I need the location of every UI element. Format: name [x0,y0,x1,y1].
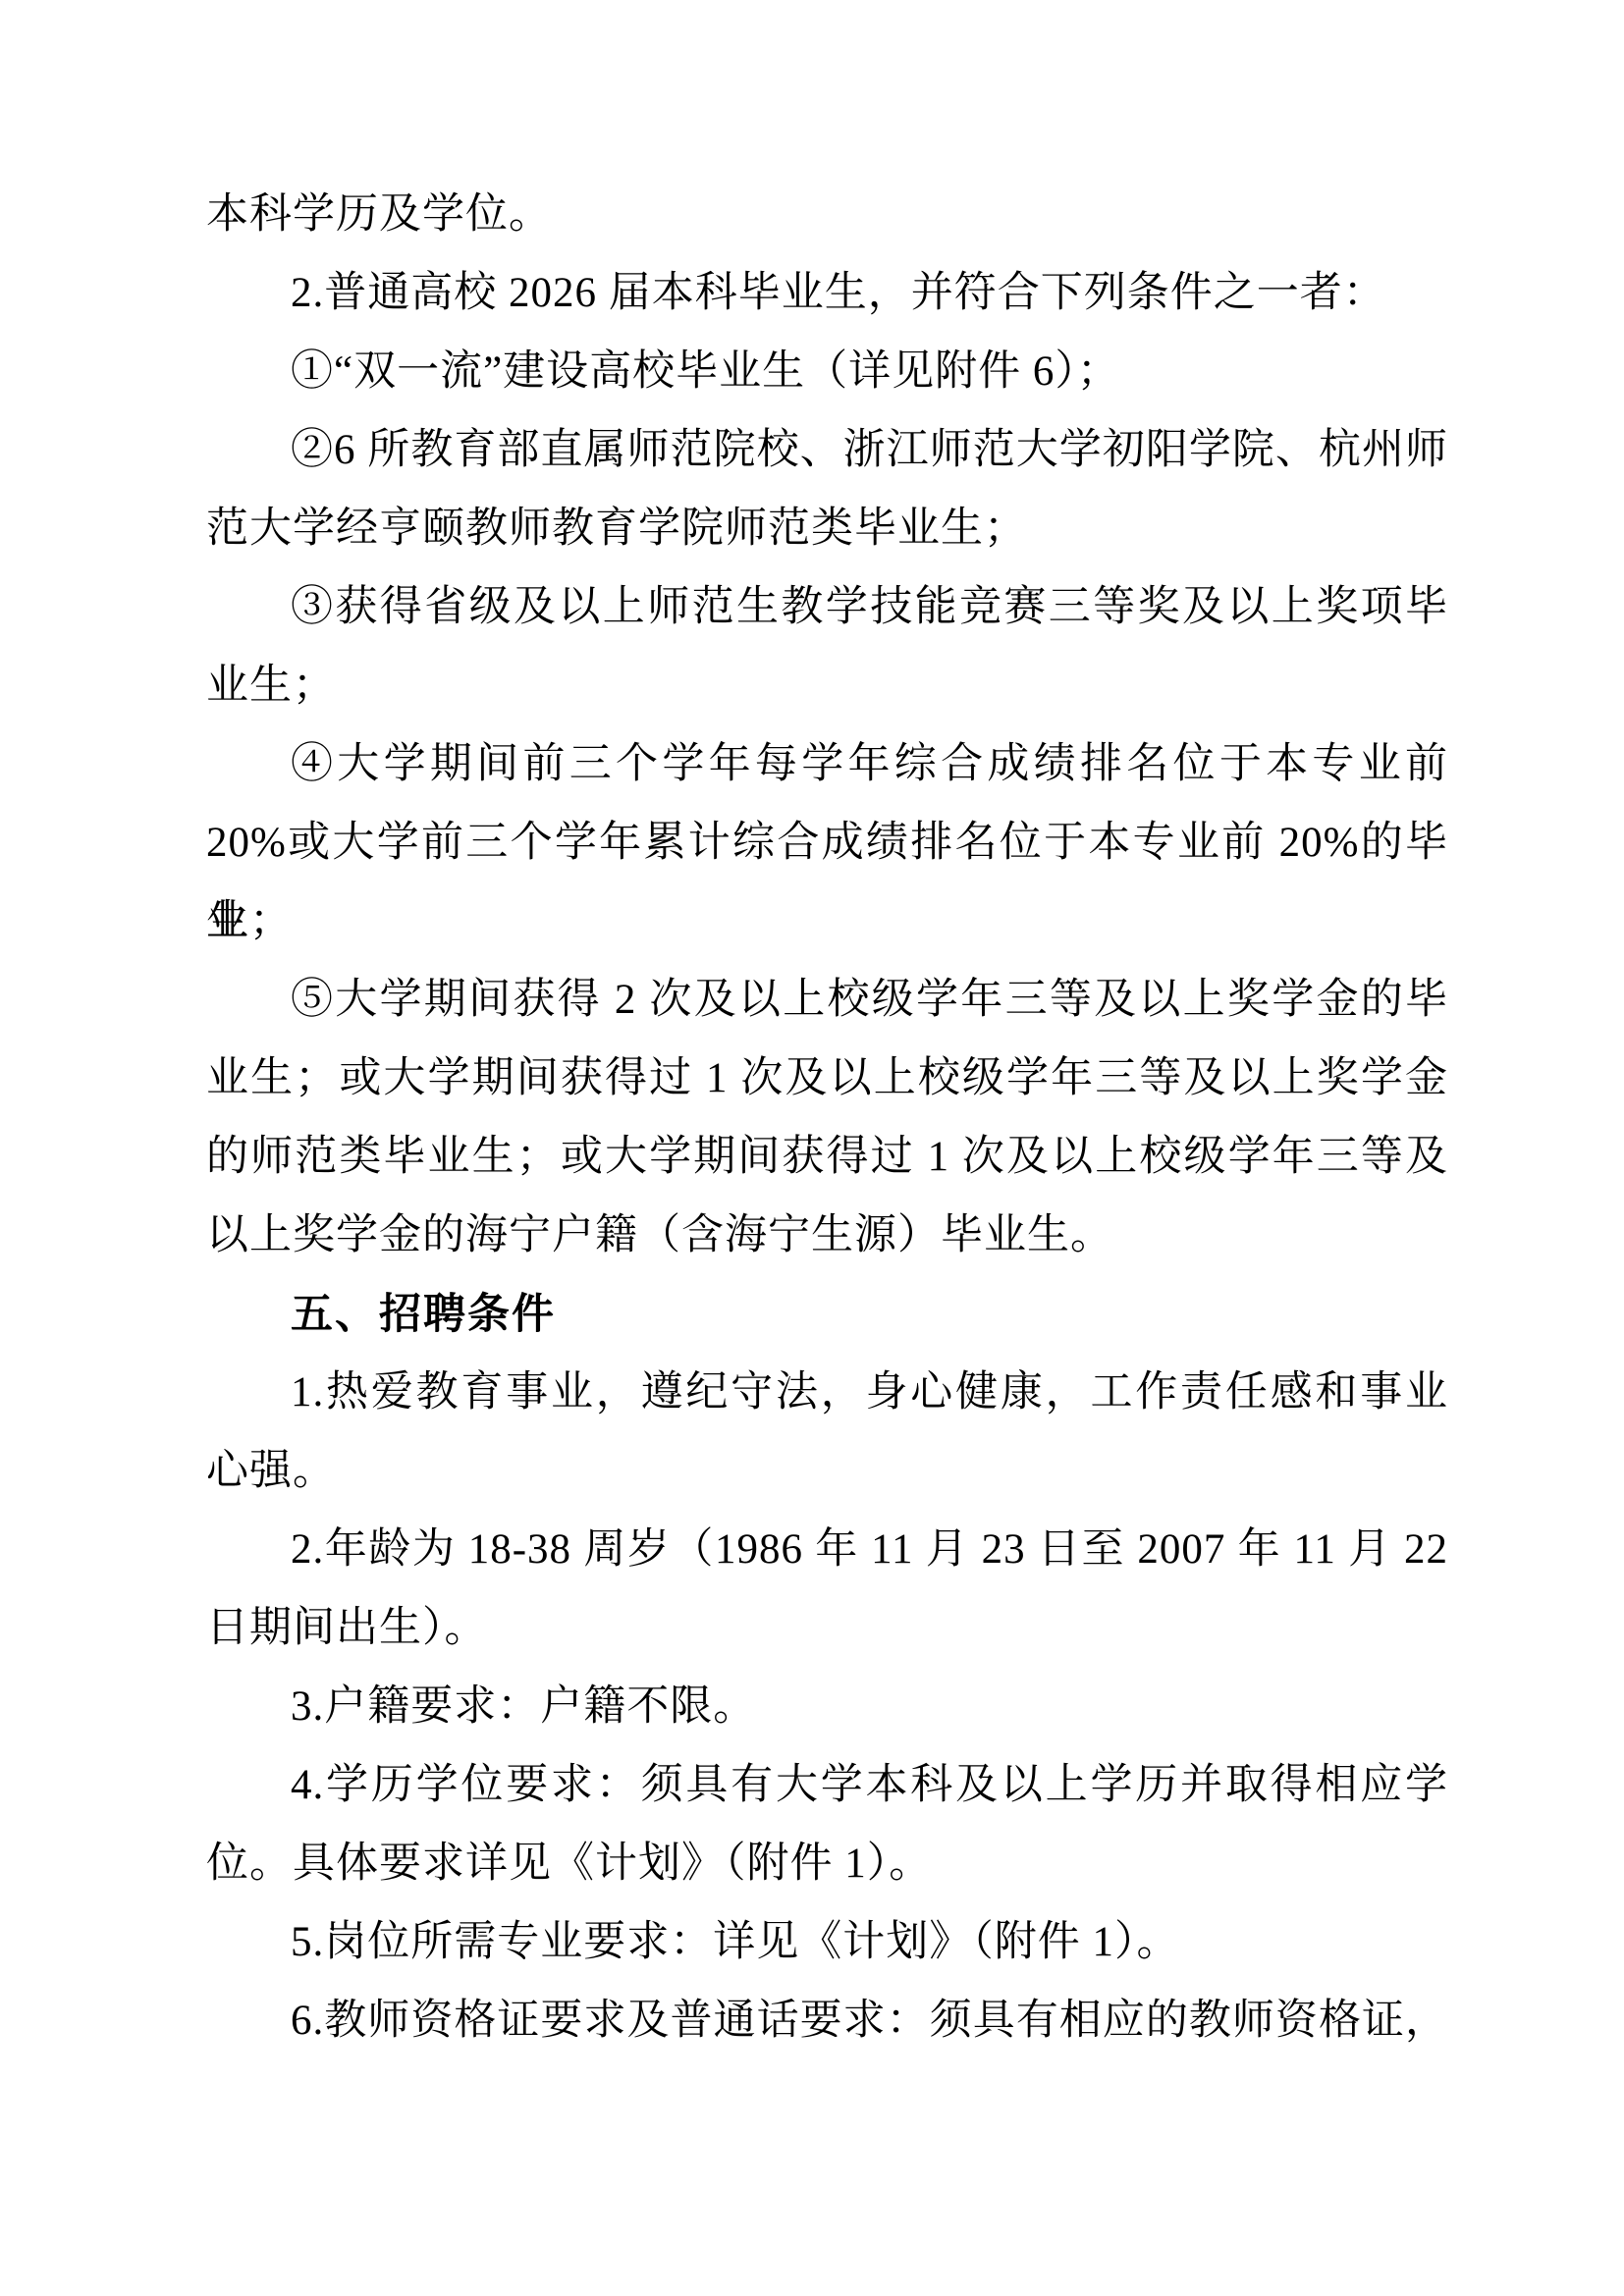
document-body: 本科学历及学位。2.普通高校 2026 届本科毕业生，并符合下列条件之一者：①“… [206,176,1448,2060]
text-line: 6.教师资格证要求及普通话要求：须具有相应的教师资格证， [206,1982,1448,2060]
text-line: 2.普通高校 2026 届本科毕业生，并符合下列条件之一者： [206,254,1448,333]
text-line: 4.学历学位要求：须具有大学本科及以上学历并取得相应学 [206,1746,1448,1825]
text-line: 业生； [206,647,1448,725]
text-line: 业生；或大学期间获得过 1 次及以上校级学年三等及以上奖学金 [206,1040,1448,1118]
text-line: 本科学历及学位。 [206,176,1448,254]
text-line: 3.户籍要求：户籍不限。 [206,1668,1448,1746]
text-line: 心强。 [206,1432,1448,1511]
text-line: 2.年龄为 18-38 周岁（1986 年 11 月 23 日至 2007 年 … [206,1511,1448,1589]
document-page: 本科学历及学位。2.普通高校 2026 届本科毕业生，并符合下列条件之一者：①“… [0,0,1624,2296]
text-line: 范大学经亨颐教师教育学院师范类毕业生； [206,490,1448,568]
text-line: ⑤大学期间获得 2 次及以上校级学年三等及以上奖学金的毕 [206,961,1448,1040]
text-line: 5.岗位所需专业要求：详见《计划》（附件 1）。 [206,1903,1448,1982]
text-line: 生； [206,882,1448,961]
text-line: ②6 所教育部直属师范院校、浙江师范大学初阳学院、杭州师 [206,411,1448,490]
text-line: 20%或大学前三个学年累计综合成绩排名位于本专业前 20%的毕业 [206,804,1448,882]
text-line: 位。具体要求详见《计划》（附件 1）。 [206,1825,1448,1903]
text-line: 1.热爱教育事业，遵纪守法，身心健康，工作责任感和事业 [206,1354,1448,1432]
text-line: 日期间出生）。 [206,1589,1448,1668]
text-line: ①“双一流”建设高校毕业生（详见附件 6）； [206,333,1448,411]
section-heading: 五、招聘条件 [206,1275,1448,1354]
text-line: ④大学期间前三个学年每学年综合成绩排名位于本专业前 [206,725,1448,804]
text-line: 的师范类毕业生；或大学期间获得过 1 次及以上校级学年三等及 [206,1118,1448,1197]
text-line: ③获得省级及以上师范生教学技能竞赛三等奖及以上奖项毕 [206,568,1448,647]
text-line: 以上奖学金的海宁户籍（含海宁生源）毕业生。 [206,1197,1448,1275]
